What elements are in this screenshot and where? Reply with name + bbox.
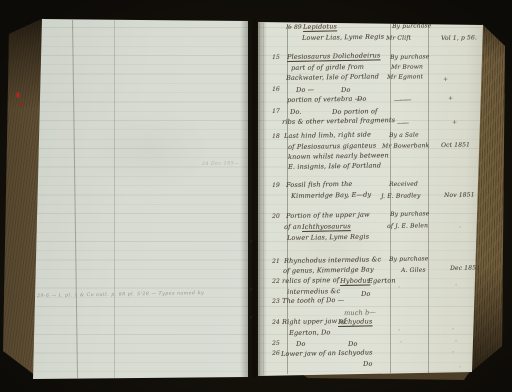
genus-name: Ichthyosaurus [302,223,351,231]
ditto-mark: Do [296,341,306,348]
register-mark: · [455,283,457,290]
binding-stitch [250,316,252,319]
register-mark: · [452,350,454,357]
specimen-description: Egerton [368,278,396,286]
register-mark: · [400,340,402,347]
register-mark: + [443,77,448,84]
donor-name: Mr Bowerbank [382,143,429,150]
register-mark: · [398,285,400,292]
specimen-description: of Plesiosaurus giganteus [288,142,376,151]
donor-name: of J. E. Belen [387,223,428,230]
ditto-mark: Do [357,96,367,103]
pencil-date-annotation: 24 Dec 185— [202,161,239,167]
ditto-mark: Do. [290,109,302,116]
locality-line: Lower Lias, Lyme Regis [302,34,384,43]
entry-number: 19 [272,183,280,190]
genus-name: Ischyodus [338,318,372,326]
red-wax-speck [20,102,23,106]
acquisition-note: By purchase [392,23,431,30]
scrawl-note: much b— [344,309,376,317]
specimen-description: intermedius &c [287,288,340,296]
specimen-description: Do portion of [332,108,378,116]
date-reference: Dec 1851 [450,265,480,272]
entry-number: 26 [272,351,280,358]
register-mark: · [452,327,454,334]
donor-name: J. E. Bradley [381,193,421,200]
binding-stitch [250,240,252,243]
volume-reference: Vol 1, p 56. [441,35,477,42]
date-reference: Nov 1851 [444,192,475,199]
entry-number: 16 [272,87,280,94]
ditto-mark: Do [363,361,373,368]
agent-name: Mr Egmont [387,74,423,81]
acquisition-note: By purchase [389,256,428,263]
register-mark: · [459,365,461,372]
entry-number: 20 [272,214,280,221]
donor-name: Mr Brown [391,64,423,71]
donor-name: A. Giles [401,268,426,275]
entry-number: 17 [272,109,280,116]
acquisition-note: By purchase [390,54,429,61]
specimen-description: relics of spine of [282,277,339,285]
date-reference: Oct 1851 [441,142,470,149]
entry-number: 24 [272,320,280,327]
genus-name: Hybodus [340,277,370,285]
register-mark: · [398,328,400,335]
entry-number: 15 [272,55,280,62]
entry-number: 23 [272,299,280,306]
specimen-description: of an [284,224,301,231]
ditto-mark: Do — [296,87,314,94]
specimen-description: portion of vertebra — [287,96,361,104]
agent-name: Mr Clift [386,36,411,43]
ditto-mark: Do [361,291,371,298]
register-mark: + [448,96,453,103]
specimen-description: Last hind limb, right side [284,131,371,140]
specimen-description: The tooth of Do — [282,297,344,305]
blank-dash: ——— [394,97,411,104]
locality-line: Lower Lias, Lyme Regis [287,234,369,243]
register-mark: + [452,120,457,127]
ditto-mark: Do [348,341,358,348]
locality-line: Kimmeridge Bay, E—dy [291,192,371,201]
register-mark: · [455,339,457,346]
register-mark: · [459,225,461,232]
specimen-description: Right upper jaw of [282,318,346,326]
left-page-margin-rule [114,20,115,378]
acquisition-note: By purchase [390,211,429,218]
entry-number: 21 [272,259,280,266]
specimen-description: Egerton, Do [289,329,331,337]
specimen-description: Portion of the upper jaw [286,212,370,221]
binding-stitch [250,288,252,291]
acquisition-note: By a Sale [389,132,419,139]
specimen-description: part of of girdle from [291,64,364,72]
entry-number: 18 [272,134,280,141]
specimen-description: Fossil fish from the [286,181,352,189]
right-page-edge-line [259,23,260,375]
blank-dash: —— [397,120,408,127]
entry-number: 25 [272,341,280,348]
entry-number: 22 [272,279,280,286]
right-page-edge-line [263,23,264,375]
genus-name: Lepidotus [303,23,337,31]
reference-column-rule [428,25,429,373]
register-book-photo: 29·6 — t. pl. 1 & Co outl. p. 88 pl. 5'2… [0,0,512,392]
ditto-mark: Do [341,87,351,94]
entry-number: № 89 [286,25,302,32]
acquisition-note: Received [389,181,418,188]
red-wax-speck [16,92,20,98]
